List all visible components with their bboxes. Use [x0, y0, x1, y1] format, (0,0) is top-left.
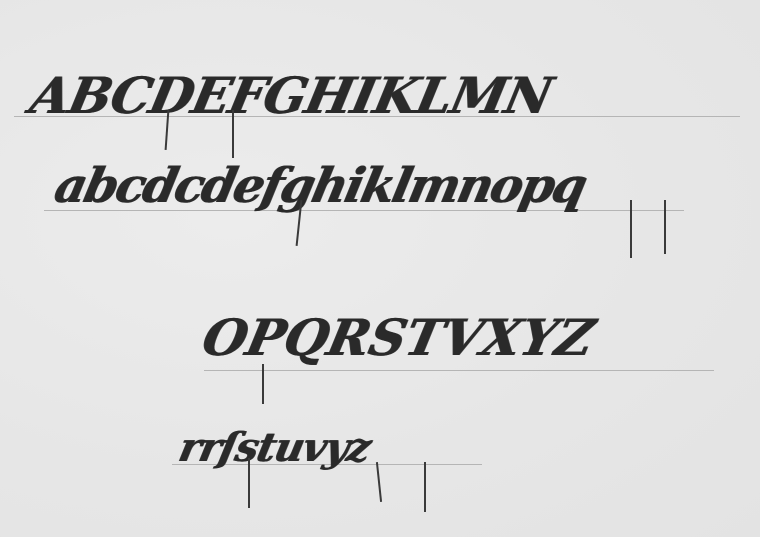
calligraphy-sheet: ABCDEFGHIKLMN abcdcdefghiklmnopq OPQRSTV…	[0, 0, 760, 537]
guide-line-3	[204, 370, 714, 371]
descender-stroke	[664, 200, 666, 254]
uppercase-row-1: ABCDEFGHIKLMN	[26, 66, 557, 125]
descender-stroke	[630, 200, 632, 258]
descender-stroke	[248, 458, 250, 508]
lowercase-row-1: abcdcdefghiklmnopq	[50, 158, 590, 214]
descender-stroke	[376, 462, 382, 502]
lowercase-row-2: rrſstuvyz	[175, 424, 375, 471]
descender-stroke	[232, 110, 234, 158]
descender-stroke	[262, 364, 264, 404]
descender-stroke	[424, 462, 426, 512]
uppercase-row-2: OPQRSTVXYZ	[198, 308, 600, 367]
